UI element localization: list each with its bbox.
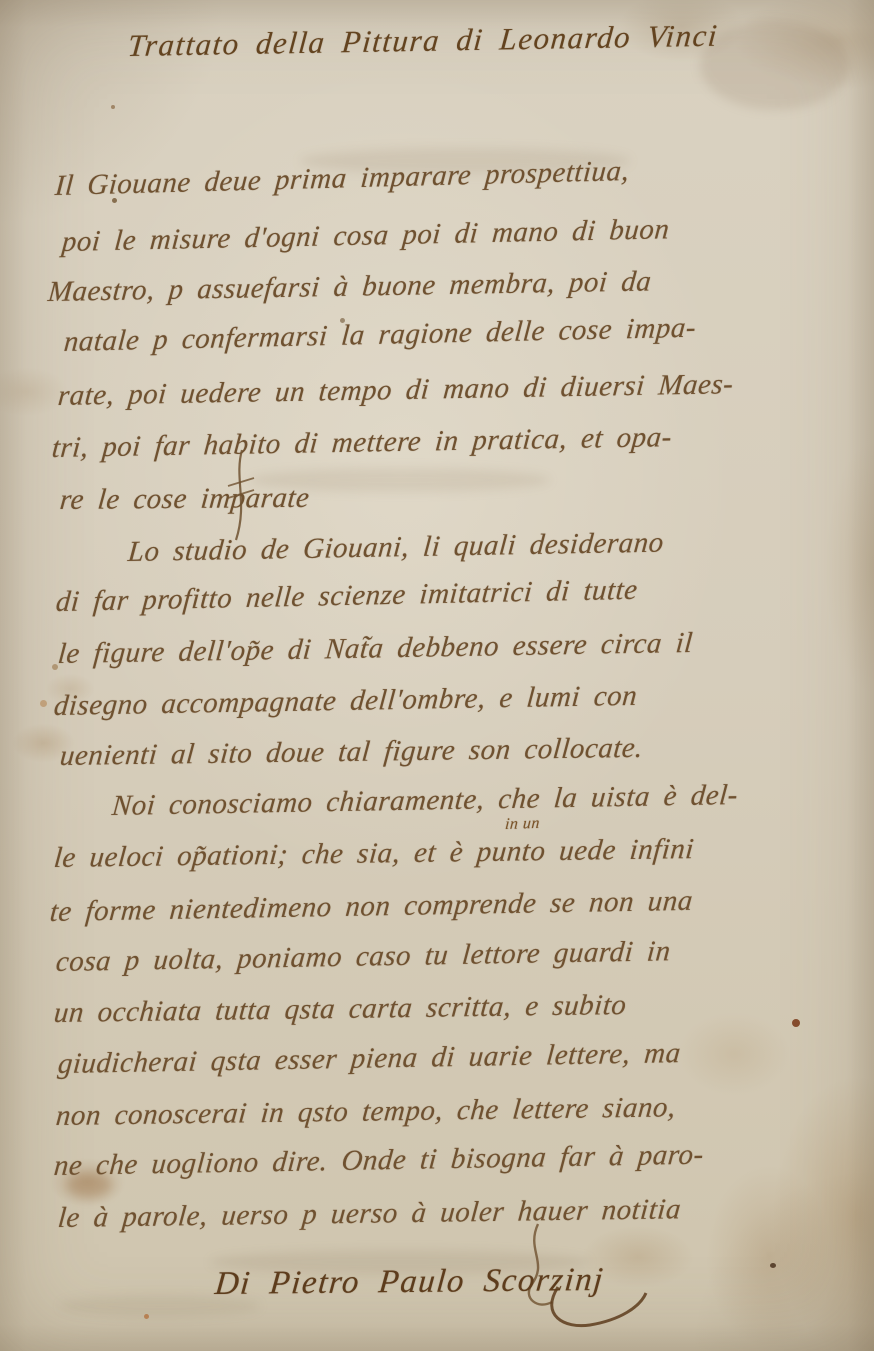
manuscript-line: uenienti al sito doue tal figure son col… xyxy=(58,732,644,773)
ink-spot xyxy=(770,1263,776,1268)
manuscript-line: Il Giouane deue prima imparare prospetti… xyxy=(54,155,631,203)
manuscript-line: le ueloci op̃ationi; che sia, et è punto… xyxy=(52,833,695,875)
manuscript-line: le à parole, uerso p uerso à uoler hauer… xyxy=(56,1193,682,1235)
manuscript-line: Noi conosciamo chiaramente, che la uista… xyxy=(111,779,740,823)
manuscript-line: rate, poi uedere un tempo di mano di diu… xyxy=(57,368,735,413)
interlinear-insertion: in un xyxy=(504,815,540,834)
attribution-signature: Di Pietro Paulo Scorzinj xyxy=(213,1262,605,1303)
manuscript-line: tri, poi far habito di mettere in pratic… xyxy=(51,421,674,465)
paper-speck xyxy=(40,700,47,707)
ink-spot xyxy=(792,1019,800,1027)
manuscript-line: poi le misure d'ogni cosa poi di mano di… xyxy=(61,213,671,259)
manuscript-line: re le cose imparate xyxy=(58,482,311,517)
manuscript-line: un occhiata tutta qsta carta scritta, e … xyxy=(52,989,627,1030)
manuscript-line: non conoscerai in qsto tempo, che letter… xyxy=(54,1091,677,1133)
manuscript-line: Maestro, p assuefarsi à buone membra, po… xyxy=(47,265,653,309)
paper-speck xyxy=(111,105,115,109)
manuscript-line: natale p confermarsi la ragione delle co… xyxy=(63,312,698,359)
paper-speck xyxy=(144,1314,149,1319)
manuscript-line: Lo studio de Giouani, li quali desideran… xyxy=(127,527,666,569)
manuscript-line: te forme nientedimeno non comprende se n… xyxy=(49,885,695,929)
manuscript-line: disegno accompagnate dell'ombre, e lumi … xyxy=(53,680,639,723)
manuscript-line: di far profitto nelle scienze imitatrici… xyxy=(55,574,639,619)
manuscript-line: le figure dell'op̃e di Nat̃a debbeno ess… xyxy=(57,627,695,671)
manuscript-line: cosa p uolta, poniamo caso tu lettore gu… xyxy=(55,935,672,979)
manuscript-line: ne che uogliono dire. Onde ti bisogna fa… xyxy=(53,1139,706,1183)
manuscript-line: giudicherai qsta esser piena di uarie le… xyxy=(57,1037,683,1081)
manuscript-page: Trattato della Pittura di Leonardo Vinci… xyxy=(0,0,874,1351)
paper-stain xyxy=(700,20,850,110)
manuscript-title: Trattato della Pittura di Leonardo Vinci xyxy=(126,18,719,64)
